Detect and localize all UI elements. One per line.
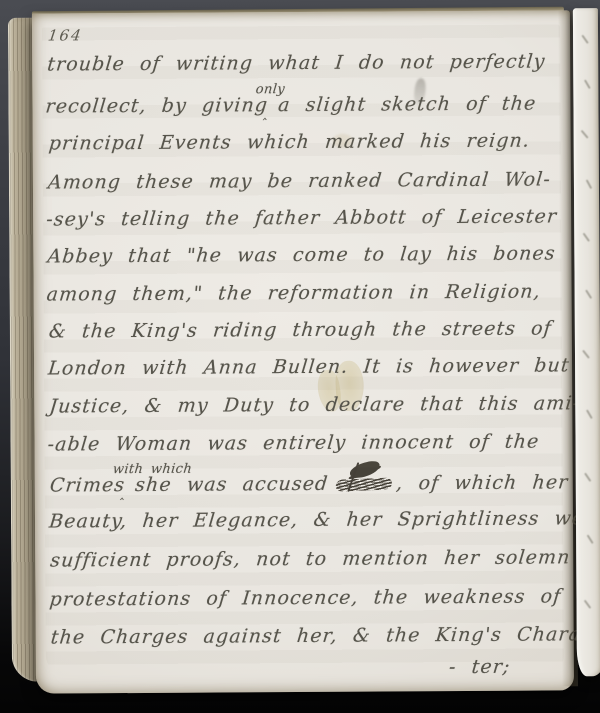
edge-writing-fragment	[583, 233, 590, 242]
manuscript-line-7: among them," the reformation in Religion…	[46, 281, 542, 306]
edge-writing-fragment	[586, 179, 593, 189]
inserted-word-only: only	[255, 82, 286, 97]
manuscript-line-3: principal Events which marked his reign.	[48, 130, 531, 155]
insertion-point: only‸	[268, 92, 280, 111]
edge-writing-fragment	[584, 600, 592, 609]
manuscript-line-6: Abbey that "he was come to lay his bones	[46, 242, 556, 267]
manuscript-line-1: trouble of writing what I do not perfect…	[46, 50, 546, 75]
line-2-before: recollect, by giving	[45, 94, 270, 117]
edge-writing-fragment	[584, 473, 591, 482]
manuscript-line-4: Among these may be ranked Cardinal Wol-	[47, 168, 552, 193]
page-number: 164	[47, 26, 84, 44]
manuscript-line-10: Justice, & my Duty to declare that this …	[48, 392, 581, 417]
manuscript-line-8: & the King's riding through the streets …	[48, 317, 553, 342]
manuscript-line-12: Crimeswith which‸she was accused, of whi…	[49, 469, 570, 496]
edge-writing-fragment	[581, 35, 588, 44]
line-12-after: , of which her	[395, 471, 569, 494]
inserted-phrase-with-which: with which	[112, 462, 193, 477]
edge-writing-fragment	[586, 409, 593, 419]
caret-mark: ‸	[120, 486, 127, 500]
line-12-before: Crimes	[49, 474, 126, 496]
manuscript-line-14: sufficient proofs, not to mention her so…	[49, 546, 571, 571]
manuscript-line-16: the Charges against her, & the King's Ch…	[50, 623, 600, 648]
manuscript-line-17-catchword: - ter;	[448, 656, 512, 678]
scratched-out-word	[336, 477, 393, 491]
adjacent-page-edge	[573, 8, 600, 676]
edge-writing-fragment	[582, 350, 590, 359]
manuscript-line-5: -sey's telling the father Abbott of Leic…	[45, 205, 558, 230]
edge-writing-fragment	[581, 130, 589, 139]
photograph-scene: 164 trouble of writing what I do not per…	[0, 0, 600, 713]
edge-writing-fragment	[584, 79, 591, 89]
edge-writing-fragment	[587, 534, 594, 544]
manuscript-line-13: Beauty, her Elegance, & her Sprightlines…	[48, 507, 600, 532]
manuscript-line-9: London with Anna Bullen. It is however b…	[47, 354, 571, 379]
manuscript-page: 164 trouble of writing what I do not per…	[32, 10, 574, 693]
open-notebook: 164 trouble of writing what I do not per…	[0, 0, 600, 713]
manuscript-line-15: protestations of Innocence, the weakness…	[49, 585, 563, 610]
caret-mark: ‸	[263, 106, 270, 120]
edge-writing-fragment	[585, 289, 592, 299]
line-2-after: a slight sketch of the	[277, 93, 537, 117]
insertion-point: with which‸	[125, 472, 137, 491]
manuscript-line-2: recollect, by givingonly‸a slight sketch…	[45, 91, 538, 118]
ink-blot	[349, 459, 381, 480]
manuscript-line-11: -able Woman was entirely innocent of the	[47, 431, 541, 456]
